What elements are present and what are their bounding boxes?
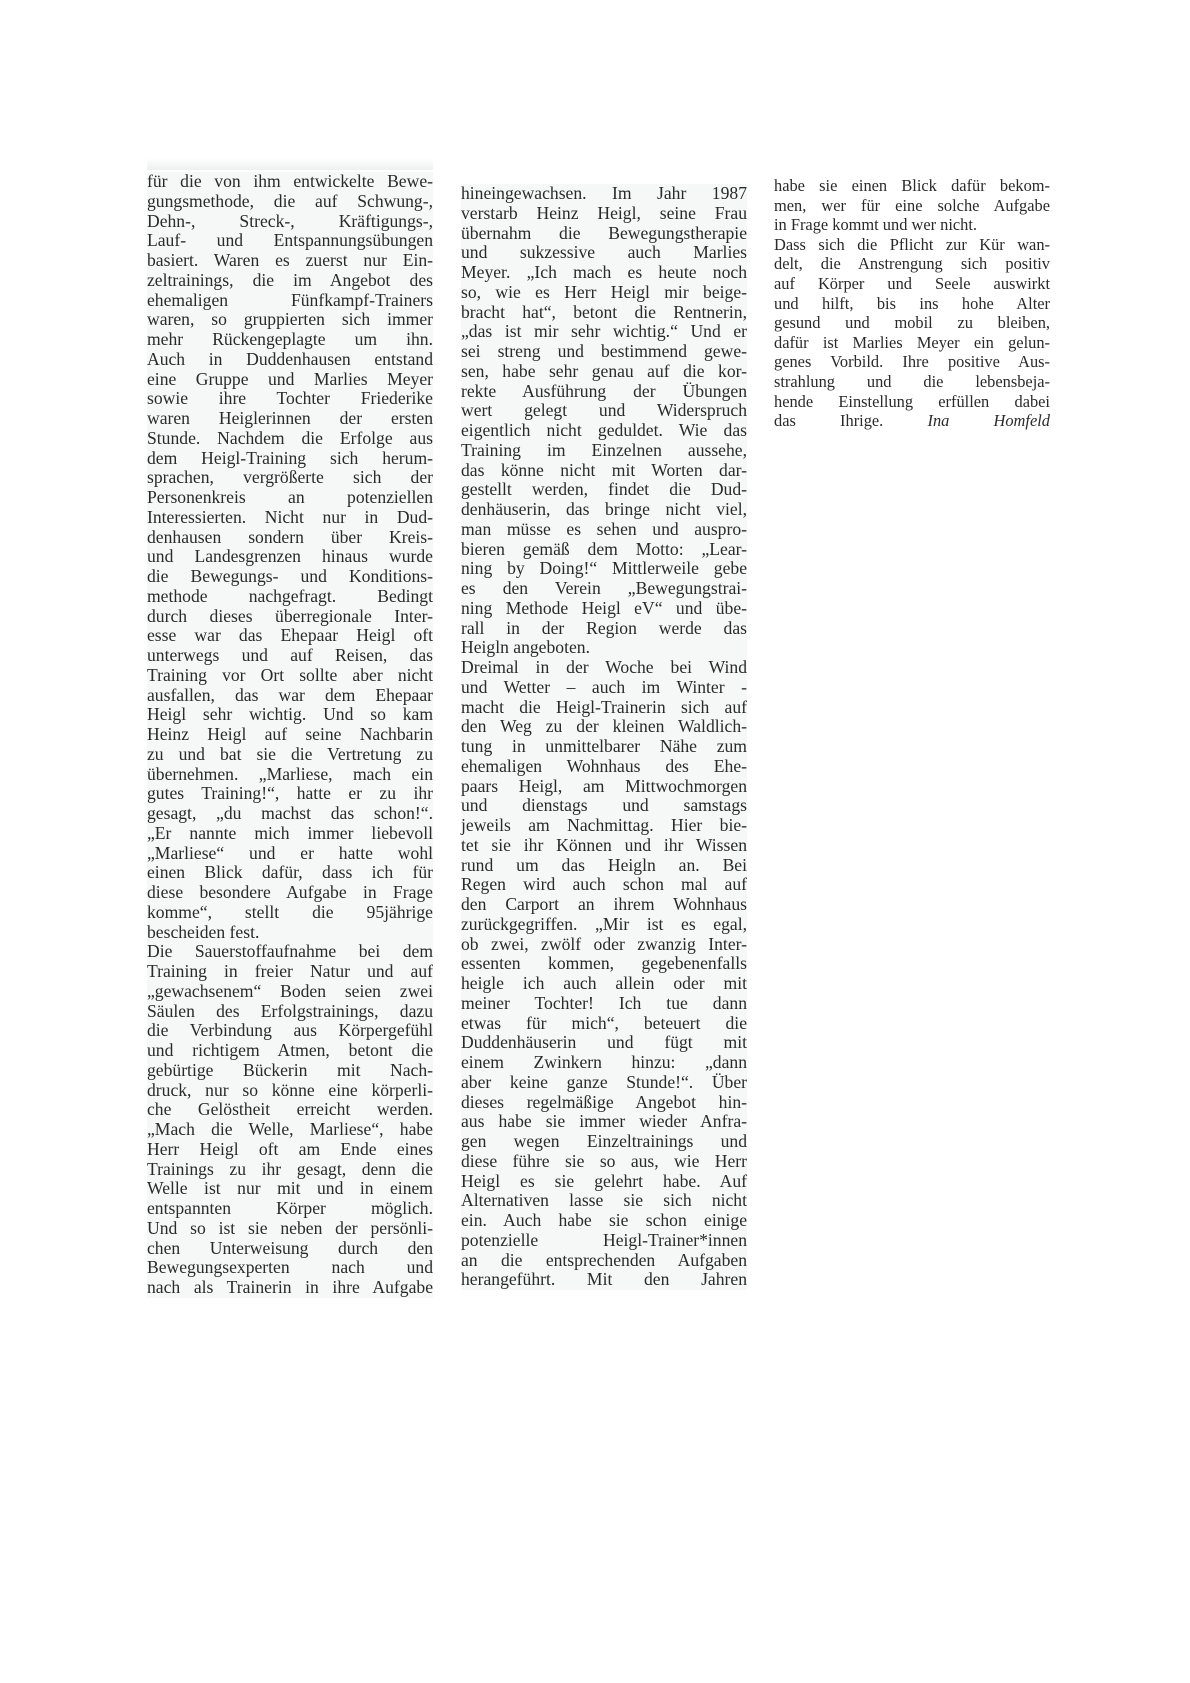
text-line: chen Unterweisung durch den [147, 1239, 433, 1259]
text-line: Auch in Duddenhausen entstand [147, 350, 433, 370]
text-line: gestellt werden, findet die Dud- [461, 480, 747, 500]
text-line: Dehn-, Streck-, Kräftigungs-, [147, 212, 433, 232]
text-line: macht die Heigl-Trainerin sich auf [461, 698, 747, 718]
text-line: unterwegs und auf Reisen, das [147, 646, 433, 666]
text-line: und dienstags und samstags [461, 796, 747, 816]
text-line: Training im Einzelnen aussehe, [461, 441, 747, 461]
text-line: rall in der Region werde das [461, 619, 747, 639]
text-line: „das ist mir sehr wichtig.“ Und er [461, 322, 747, 342]
text-line: Heigl es sie gelehrt habe. Auf [461, 1172, 747, 1192]
text-line: Heinz Heigl auf seine Nachbarin [147, 725, 433, 745]
text-line: gen wegen Einzeltrainings und [461, 1132, 747, 1152]
text-line: an die entsprechenden Aufgaben [461, 1251, 747, 1271]
text-line: Regen wird auch schon mal auf [461, 875, 747, 895]
text-line: Personenkreis an potenziellen [147, 488, 433, 508]
text-line: „Er nannte mich immer liebevoll [147, 824, 433, 844]
text-line: eine Gruppe und Marlies Meyer [147, 370, 433, 390]
text-line: Heigln angeboten. [461, 638, 747, 658]
text-line: gutes Training!“, hatte er zu ihr [147, 784, 433, 804]
text-line: übernehmen. „Marliese, mach ein [147, 765, 433, 785]
article-column-1: für die von ihm entwickelte Bewe-gungsme… [147, 172, 433, 1298]
text-line: bieren gemäß dem Motto: „Lear- [461, 540, 747, 560]
text-line: esse war das Ehepaar Heigl oft [147, 626, 433, 646]
text-line: und hilft, bis ins hohe Alter [774, 294, 1050, 314]
text-line: für die von ihm entwickelte Bewe- [147, 172, 433, 192]
text-line: denhausen sondern über Kreis- [147, 528, 433, 548]
text-line: gesund und mobil zu bleiben, [774, 313, 1050, 333]
text-line: bracht hat“, betont die Rentnerin, [461, 303, 747, 323]
text-line: Welle ist nur mit und in einem [147, 1179, 433, 1199]
text-line: waren Heiglerinnen der ersten [147, 409, 433, 429]
text-line: einen Blick dafür, dass ich für [147, 863, 433, 883]
text-line: diese führe sie so aus, wie Herr [461, 1152, 747, 1172]
text-line: „gewachsenem“ Boden seien zwei [147, 982, 433, 1002]
text-line: potenzielle Heigl-Trainer*innen [461, 1231, 747, 1251]
text-line: komme“, stellt die 95jährige [147, 903, 433, 923]
text-line: Dreimal in der Woche bei Wind [461, 658, 747, 678]
text-line: „Mach die Welle, Marliese“, habe [147, 1120, 433, 1140]
text-line: das könne nicht mit Worten dar- [461, 461, 747, 481]
text-line: druck, nur so könne eine körperli- [147, 1081, 433, 1101]
text-line: hineingewachsen. Im Jahr 1987 [461, 184, 747, 204]
text-line: che Gelöstheit erreicht werden. [147, 1100, 433, 1120]
text-line: bescheiden fest. [147, 923, 433, 943]
text-line: aber keine ganze Stunde!“. Über [461, 1073, 747, 1093]
text-line: hende Einstellung erfüllen dabei [774, 392, 1050, 412]
text-line: ehemaligen Fünfkampf-Trainers [147, 291, 433, 311]
text-line: ning by Doing!“ Mittlerweile gebe [461, 559, 747, 579]
text-line: Heigl sehr wichtig. Und so kam [147, 705, 433, 725]
text-line: sei streng und bestimmend gewe- [461, 342, 747, 362]
text-line: delt, die Anstrengung sich positiv [774, 254, 1050, 274]
text-line: gebürtige Bückerin mit Nach- [147, 1061, 433, 1081]
text-line: verstarb Heinz Heigl, seine Frau [461, 204, 747, 224]
text-line: paars Heigl, am Mittwochmorgen [461, 777, 747, 797]
text-line: men, wer für eine solche Aufgabe [774, 196, 1050, 216]
text-line: gesagt, „du machst das schon!“. [147, 804, 433, 824]
text-line: dafür ist Marlies Meyer ein gelun- [774, 333, 1050, 353]
text-line: Lauf- und Entspannungsübungen [147, 231, 433, 251]
text-line: rekte Ausführung der Übungen [461, 382, 747, 402]
text-line: einem Zwinkern hinzu: „dann [461, 1053, 747, 1073]
text-line: rund um das Heigln an. Bei [461, 856, 747, 876]
text-line: und richtigem Atmen, betont die [147, 1041, 433, 1061]
text-line: methode nachgefragt. Bedingt [147, 587, 433, 607]
text-line: strahlung und die lebensbeja- [774, 372, 1050, 392]
text-line: dieses regelmäßige Angebot hin- [461, 1093, 747, 1113]
text-line: ein. Auch habe sie schon einige [461, 1211, 747, 1231]
text-line: tung in unmittelbarer Nähe zum [461, 737, 747, 757]
column-3-body: habe sie einen Blick dafür bekom-men, we… [774, 176, 1050, 411]
text-line: sen, habe sehr genau auf die kor- [461, 362, 747, 382]
text-line: herangeführt. Mit den Jahren [461, 1270, 747, 1290]
text-line: eigentlich nicht geduldet. Wie das [461, 421, 747, 441]
text-line: heigle ich auch allein oder mit [461, 974, 747, 994]
scan-artifact-top [147, 158, 433, 170]
text-line: ning Methode Heigl eV“ und übe- [461, 599, 747, 619]
text-line: den Carport an ihrem Wohnhaus [461, 895, 747, 915]
text-line: Duddenhäuserin und fügt mit [461, 1033, 747, 1053]
text-line: basiert. Waren es zuerst nur Ein- [147, 251, 433, 271]
text-line: etwas für mich“, beteuert die [461, 1014, 747, 1034]
text-line: Alternativen lasse sie sich nicht [461, 1191, 747, 1211]
text-line: meiner Tochter! Ich tue dann [461, 994, 747, 1014]
text-line: so, wie es Herr Heigl mir beige- [461, 283, 747, 303]
text-line: den Weg zu der kleinen Waldlich- [461, 717, 747, 737]
text-line: genes Vorbild. Ihre positive Aus- [774, 352, 1050, 372]
text-line: die Verbindung aus Körpergefühl [147, 1021, 433, 1041]
text-line: übernahm die Bewegungstherapie [461, 224, 747, 244]
text-line: dem Heigl-Training sich herum- [147, 449, 433, 469]
text-line: es den Verein „Bewegungstrai- [461, 579, 747, 599]
text-line: zurückgegriffen. „Mir ist es egal, [461, 915, 747, 935]
text-line: Training in freier Natur und auf [147, 962, 433, 982]
text-line: Herr Heigl oft am Ende eines [147, 1140, 433, 1160]
text-line: denhäuserin, das bringe nicht viel, [461, 500, 747, 520]
text-line: und Landesgrenzen hinaus wurde [147, 547, 433, 567]
closing-line: das Ihrige. Ina Homfeld [774, 411, 1050, 431]
text-line: wert gelegt und Widerspruch [461, 401, 747, 421]
text-line: Training vor Ort sollte aber nicht [147, 666, 433, 686]
text-line: habe sie einen Blick dafür bekom- [774, 176, 1050, 196]
text-line: Säulen des Erfolgstrainings, dazu [147, 1002, 433, 1022]
text-line: Interessierten. Nicht nur in Dud- [147, 508, 433, 528]
article-column-2: hineingewachsen. Im Jahr 1987verstarb He… [461, 184, 747, 1290]
text-line: waren, so gruppierten sich immer [147, 310, 433, 330]
text-line: Meyer. „Ich mach es heute noch [461, 263, 747, 283]
text-line: Und so ist sie neben der persönli- [147, 1219, 433, 1239]
text-line: und Wetter – auch im Winter - [461, 678, 747, 698]
text-line: die Bewegungs- und Konditions- [147, 567, 433, 587]
text-line: in Frage kommt und wer nicht. [774, 215, 1050, 235]
article-column-3: habe sie einen Blick dafür bekom-men, we… [774, 176, 1050, 431]
text-line: essenten kommen, gegebenenfalls [461, 954, 747, 974]
text-line: Trainings zu ihr gesagt, denn die [147, 1160, 433, 1180]
text-line: sowie ihre Tochter Friederike [147, 389, 433, 409]
author-byline: Ina Homfeld [927, 411, 1050, 430]
text-line: ob zwei, zwölf oder zwanzig Inter- [461, 935, 747, 955]
text-line: tet sie ihr Können und ihr Wissen [461, 836, 747, 856]
text-line: ehemaligen Wohnhaus des Ehe- [461, 757, 747, 777]
text-line: jeweils am Nachmittag. Hier bie- [461, 816, 747, 836]
text-line: gungsmethode, die auf Schwung-, [147, 192, 433, 212]
text-line: Dass sich die Pflicht zur Kür wan- [774, 235, 1050, 255]
text-line: Stunde. Nachdem die Erfolge aus [147, 429, 433, 449]
text-line: sprachen, vergrößerte sich der [147, 468, 433, 488]
text-line: mehr Rückengeplagte um ihn. [147, 330, 433, 350]
text-line: Die Sauerstoffaufnahme bei dem [147, 942, 433, 962]
closing-text: das Ihrige. [774, 411, 883, 430]
text-line: auf Körper und Seele auswirkt [774, 274, 1050, 294]
text-line: durch dieses überregionale Inter- [147, 607, 433, 627]
text-line: zu und bat sie die Vertretung zu [147, 745, 433, 765]
text-line: aus habe sie immer wieder Anfra- [461, 1112, 747, 1132]
text-line: nach als Trainerin in ihre Aufgabe [147, 1278, 433, 1298]
text-line: „Marliese“ und er hatte wohl [147, 844, 433, 864]
text-line: diese besondere Aufgabe in Frage [147, 883, 433, 903]
text-line: zeltrainings, die im Angebot des [147, 271, 433, 291]
text-line: und sukzessive auch Marlies [461, 243, 747, 263]
text-line: man müsse es sehen und auspro- [461, 520, 747, 540]
text-line: entspannten Körper möglich. [147, 1199, 433, 1219]
text-line: Bewegungsexperten nach und [147, 1258, 433, 1278]
text-line: ausfallen, das war dem Ehepaar [147, 686, 433, 706]
